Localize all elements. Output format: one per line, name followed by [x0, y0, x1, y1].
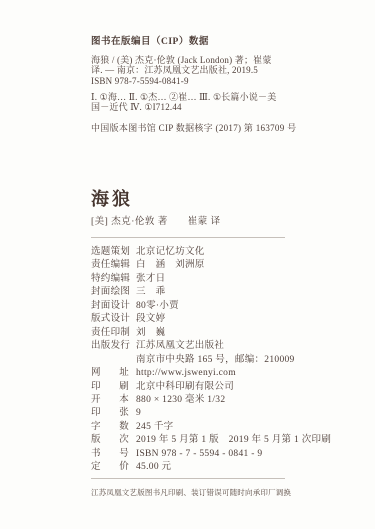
credit-value: 880 × 1230 毫米 1/32 [136, 394, 225, 407]
divider-bottom [91, 478, 285, 479]
credit-label: 字数 [91, 421, 129, 434]
book-title: 海狼 [91, 185, 133, 211]
cip-line: 译. — 南京：江苏凤凰文艺出版社, 2019.5 [91, 65, 272, 75]
credit-value: 刘 巍 [136, 327, 165, 340]
cip-classification: Ⅰ. ①海… Ⅱ. ①杰… ②崔… Ⅲ. ①长篇小说－美 国－近代 Ⅳ. ①I7… [91, 92, 276, 113]
credit-row: 版次2019 年 5 月第 1 版 2019 年 5 月第 1 次印刷 [91, 434, 331, 447]
cip-description: 海狼 / (美) 杰克·伦敦 (Jack London) 著；崔蒙 译. — 南… [91, 55, 272, 86]
credit-value: 245 千字 [136, 421, 173, 434]
credit-row: 责任印制刘 巍 [91, 327, 331, 340]
price-value: 45.00 元 [136, 461, 171, 474]
credit-row: 网址http://www.jswenyi.com [91, 367, 331, 380]
credit-row: 封面绘图三 乖 [91, 286, 331, 299]
credit-value: 三 乖 [136, 286, 165, 299]
credit-row-address: 南京市中央路 165 号，邮编：210009 [91, 354, 331, 367]
credit-value: 北京记忆坊文化 [136, 246, 205, 259]
byline: [美] 杰克·伦敦 著 崔蒙 译 [91, 213, 221, 227]
credit-row: 印张9 [91, 407, 331, 420]
copyright-page: 图书在版编目（CIP）数据 海狼 / (美) 杰克·伦敦 (Jack Londo… [0, 0, 375, 529]
credit-row: 版式设计段文婷 [91, 313, 331, 326]
publisher-website: http://www.jswenyi.com [136, 367, 236, 380]
credit-label: 出版发行 [91, 340, 129, 353]
credit-row: 特约编辑张才日 [91, 273, 331, 286]
credit-row: 字数245 千字 [91, 421, 331, 434]
credit-value: 段文婷 [136, 313, 165, 326]
credit-label: 印刷 [91, 381, 129, 394]
credit-label: 网址 [91, 367, 129, 380]
credit-row: 印刷北京中科印刷有限公司 [91, 381, 331, 394]
credit-value: 北京中科印刷有限公司 [136, 381, 234, 394]
credit-row: 封面设计80零·小贾 [91, 300, 331, 313]
credit-value: 张才日 [136, 273, 165, 286]
publisher-address: 南京市中央路 165 号，邮编：210009 [136, 354, 295, 367]
credit-row: 责任编辑白 涵 刘洲原 [91, 259, 331, 272]
credit-value: 白 涵 刘洲原 [136, 259, 205, 272]
credit-row: 选题策划北京记忆坊文化 [91, 246, 331, 259]
credit-label: 书号 [91, 448, 129, 461]
credit-value: 80零·小贾 [136, 300, 179, 313]
credit-label: 责任编辑 [91, 259, 129, 272]
cip-line: 海狼 / (美) 杰克·伦敦 (Jack London) 著；崔蒙 [91, 55, 272, 65]
cip-class-line: 国－近代 Ⅳ. ①I712.44 [91, 102, 276, 112]
cip-class-line: Ⅰ. ①海… Ⅱ. ①杰… ②崔… Ⅲ. ①长篇小说－美 [91, 92, 276, 102]
credit-label: 开本 [91, 394, 129, 407]
footer-note: 江苏凤凰文艺版图书凡印刷、装订错误可随时向承印厂调换 [91, 487, 291, 498]
credit-row: 开本880 × 1230 毫米 1/32 [91, 394, 331, 407]
credit-value: 2019 年 5 月第 1 版 2019 年 5 月第 1 次印刷 [136, 434, 331, 447]
credit-label: 定价 [91, 461, 129, 474]
credit-label: 特约编辑 [91, 273, 129, 286]
credit-label: 版式设计 [91, 313, 129, 326]
credit-label: 选题策划 [91, 246, 129, 259]
cip-record-number: 中国版本图书馆 CIP 数据核字 (2017) 第 163709 号 [91, 121, 296, 134]
credit-label [91, 354, 129, 367]
credit-value: 9 [136, 407, 141, 420]
credit-label: 版次 [91, 434, 129, 447]
credit-label: 责任印制 [91, 327, 129, 340]
credit-value: 江苏凤凰文艺出版社 [136, 340, 224, 353]
credit-label: 印张 [91, 407, 129, 420]
credit-row: 定价45.00 元 [91, 461, 331, 474]
cip-line: ISBN 978-7-5594-0841-9 [91, 76, 272, 86]
credit-label: 封面设计 [91, 300, 129, 313]
cip-header: 图书在版编目（CIP）数据 [91, 33, 209, 47]
credit-row: 出版发行江苏凤凰文艺出版社 [91, 340, 331, 353]
credits-list: 选题策划北京记忆坊文化 责任编辑白 涵 刘洲原 特约编辑张才日 封面绘图三 乖 … [91, 246, 331, 475]
isbn-value: ISBN 978 - 7 - 5594 - 0841 - 9 [136, 448, 262, 461]
credit-row: 书号ISBN 978 - 7 - 5594 - 0841 - 9 [91, 448, 331, 461]
divider-top [91, 237, 285, 238]
credit-label: 封面绘图 [91, 286, 129, 299]
